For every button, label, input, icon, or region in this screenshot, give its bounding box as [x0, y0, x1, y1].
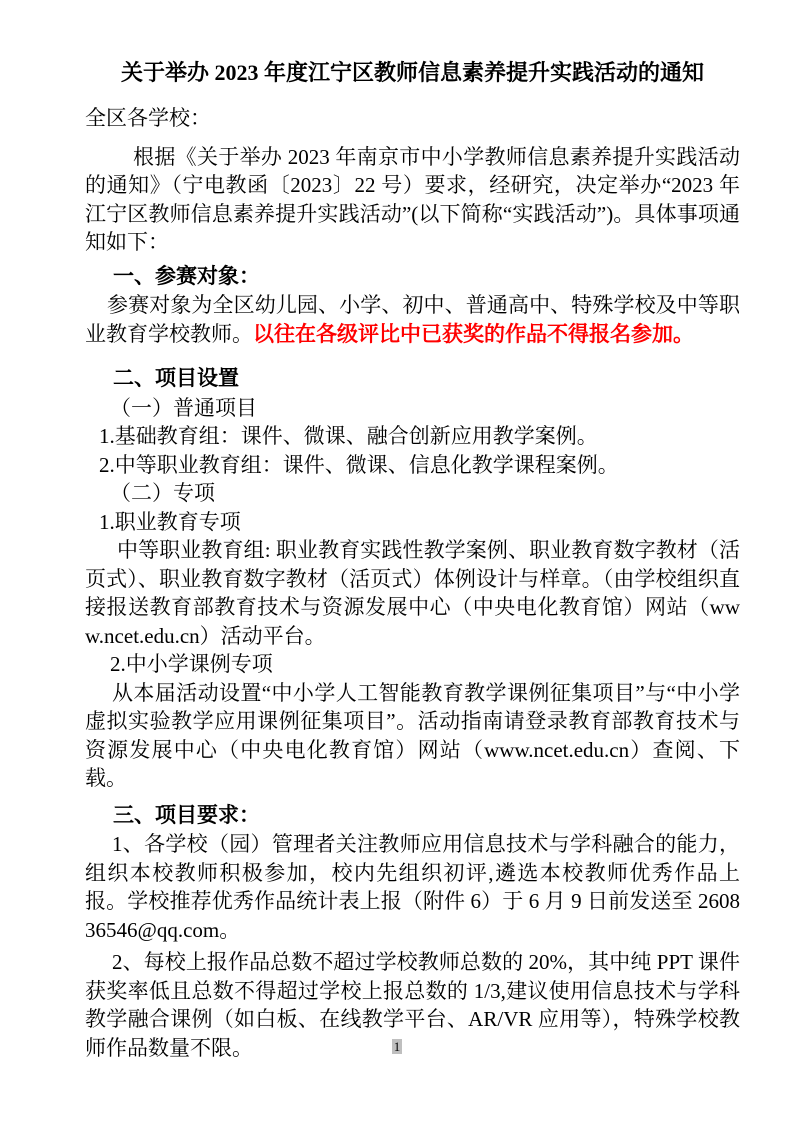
document-page: 关于举办 2023 年度江宁区教师信息素养提升实践活动的通知 全区各学校： 根据…	[0, 0, 794, 1122]
k12-project-paragraph: 从本届活动设置“中小学人工智能教育教学课例征集项目”与“中小学虚拟实验教学应用课…	[85, 679, 740, 793]
section1-warning-text: 以往在各级评比中已获奖的作品不得报名参加。	[253, 323, 694, 346]
section1-paragraph: 参赛对象为全区幼儿园、小学、初中、普通高中、特殊学校及中等职业教育学校教师。以往…	[85, 291, 740, 349]
list-item-basic-education-group: 1.基础教育组：课件、微课、融合创新应用教学案例。	[85, 422, 740, 451]
list-item-general-projects: （一）普通项目	[85, 394, 740, 423]
list-item-special-projects: （二）专项	[85, 479, 740, 508]
document-title: 关于举办 2023 年度江宁区教师信息素养提升实践活动的通知	[85, 57, 740, 88]
page-footer: 1	[0, 1038, 794, 1056]
list-item-vocational-education-group: 2.中等职业教育组：课件、微课、信息化教学课程案例。	[85, 451, 740, 480]
section1-heading: 一、参赛对象：	[85, 263, 740, 292]
section2-heading: 二、项目设置	[85, 365, 740, 394]
page-number: 1	[392, 1039, 403, 1054]
section3-heading: 三、项目要求：	[85, 802, 740, 831]
list-item-vocational-special-project: 1.职业教育专项	[85, 508, 740, 537]
list-item-k12-lesson-project: 2.中小学课例专项	[85, 650, 740, 679]
salutation: 全区各学校：	[85, 104, 740, 133]
vocational-project-paragraph: 中等职业教育组: 职业教育实践性教学案例、职业教育数字教材（活页式）、职业教育数…	[85, 536, 740, 650]
intro-paragraph: 根据《关于举办 2023 年南京市中小学教师信息素养提升实践活动的通知》（宁电教…	[85, 143, 740, 257]
section3-paragraph-1: 1、各学校（园）管理者关注教师应用信息技术与学科融合的能力，组织本校教师积极参加…	[85, 830, 740, 944]
